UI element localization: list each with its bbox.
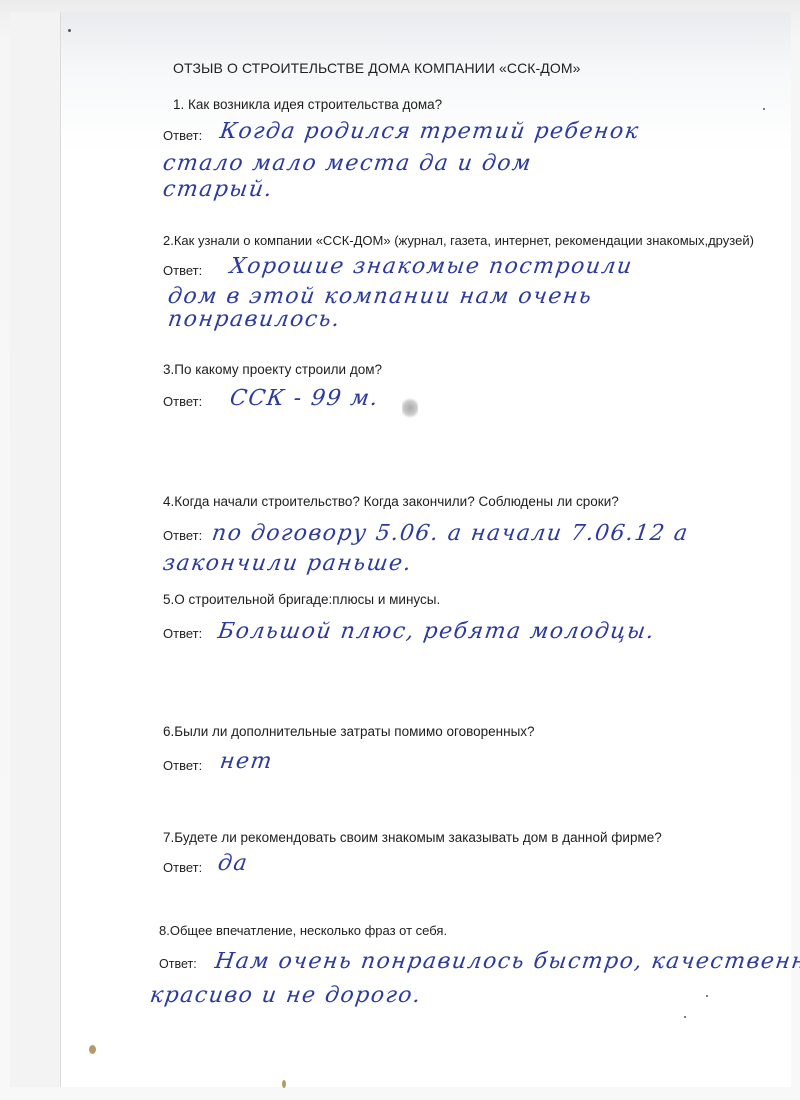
answer-label-2: Ответ: <box>163 263 202 278</box>
question-8: 8.Общее впечатление, несколько фраз от с… <box>159 923 447 938</box>
answer-label-7: Ответ: <box>163 860 202 875</box>
scan-speck <box>68 29 71 32</box>
answer-label-4: Ответ: <box>163 528 202 543</box>
question-7: 7.Будете ли рекомендовать своим знакомым… <box>163 830 662 845</box>
answer-8-line-2: красиво и не дорого. <box>148 982 423 1010</box>
answer-label-3: Ответ: <box>163 394 202 409</box>
answer-6-line-1: нет <box>218 748 275 776</box>
question-3: 3.По какому проекту строили дом? <box>163 362 382 377</box>
scan-speck <box>684 1016 686 1018</box>
scan-speck <box>706 995 708 997</box>
scan-stain <box>282 1080 286 1088</box>
answer-2-line-3: понравилось. <box>166 306 343 334</box>
question-4: 4.Когда начали строительство? Когда зако… <box>163 494 619 509</box>
answer-label-8: Ответ: <box>159 957 197 971</box>
answer-label-5: Ответ: <box>163 626 202 641</box>
question-5: 5.О строительной бригаде:плюсы и минусы. <box>163 592 440 607</box>
answer-1-line-2: стало мало места да и дом <box>161 150 534 178</box>
answer-1-line-3: старый. <box>161 176 275 204</box>
ink-smudge <box>402 397 418 419</box>
answer-7-line-1: да <box>216 850 250 878</box>
answer-5-line-1: Большой плюс, ребята молодцы. <box>216 618 657 646</box>
answer-8-line-1: Нам очень понравилось быстро, качественн… <box>213 948 800 976</box>
question-2: 2.Как узнали о компании «ССК-ДОМ» (журна… <box>163 233 754 248</box>
answer-4-line-1: по договору 5.06. а начали 7.06.12 а <box>210 520 691 548</box>
answer-3-line-1: ССК - 99 м. <box>228 385 381 413</box>
scan-speck <box>763 108 765 110</box>
question-1: 1. Как возникла идея строительства дома? <box>173 97 442 112</box>
document-title: ОТЗЫВ О СТРОИТЕЛЬСТВЕ ДОМА КОМПАНИИ «ССК… <box>173 60 581 76</box>
answer-label-1: Ответ: <box>163 128 202 143</box>
scan-left-strip <box>10 12 62 1087</box>
answer-4-line-2: закончили раньше. <box>161 550 414 578</box>
question-6: 6.Были ли дополнительные затраты помимо … <box>163 724 535 739</box>
answer-1-line-1: Когда родился третий ребенок <box>218 118 641 146</box>
scan-stain <box>89 1045 96 1054</box>
answer-label-6: Ответ: <box>163 758 202 773</box>
answer-2-line-1: Хорошие знакомые построили <box>228 253 635 281</box>
